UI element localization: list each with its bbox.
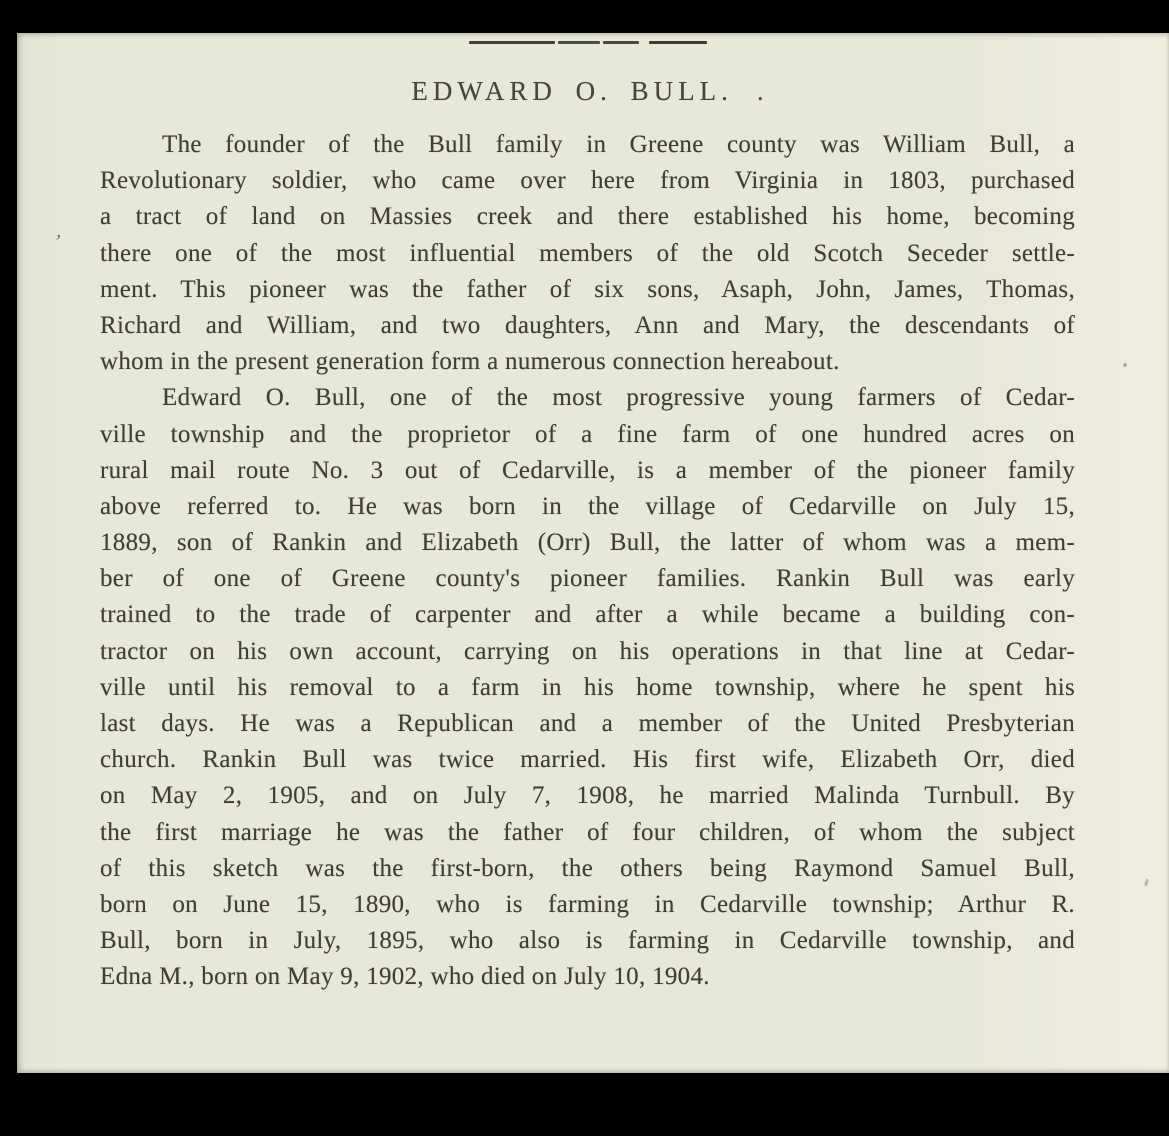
book-page: EDWARD O. BULL.. The founder of the Bull… bbox=[17, 33, 1169, 1073]
rule-segment bbox=[649, 41, 707, 44]
text-line: a tract of land on Massies creek and the… bbox=[100, 199, 1075, 235]
text-line: above referred to. He was born in the vi… bbox=[100, 489, 1075, 525]
text-line: last days. He was a Republican and a mem… bbox=[100, 706, 1075, 742]
text-line: Revolutionary soldier, who came over her… bbox=[100, 163, 1075, 199]
text-line: ville until his removal to a farm in his… bbox=[100, 670, 1075, 706]
paragraph: Edward O. Bull, one of the most progress… bbox=[100, 380, 1075, 995]
stray-period-artifact: . bbox=[757, 76, 764, 106]
rule-segment bbox=[558, 41, 600, 44]
body-text: The founder of the Bull family in Greene… bbox=[100, 127, 1075, 996]
text-line: 1889, son of Rankin and Elizabeth (Orr) … bbox=[100, 525, 1075, 561]
text-line: the first marriage he was the father of … bbox=[100, 815, 1075, 851]
text-line: ment. This pioneer was the father of six… bbox=[100, 272, 1075, 308]
text-line: of this sketch was the first-born, the o… bbox=[100, 851, 1075, 887]
text-line: The founder of the Bull family in Greene… bbox=[100, 127, 1075, 163]
text-line: tractor on his own account, carrying on … bbox=[100, 634, 1075, 670]
scanner-background: { "colors": { "background": "#000000", "… bbox=[0, 0, 1169, 1136]
text-line: there one of the most influential member… bbox=[100, 236, 1075, 272]
rule-segment bbox=[603, 41, 639, 44]
text-line: ville township and the proprietor of a f… bbox=[100, 417, 1075, 453]
page-content: EDWARD O. BULL.. The founder of the Bull… bbox=[17, 33, 1169, 996]
text-line: ber of one of Greene county's pioneer fa… bbox=[100, 561, 1075, 597]
paragraph: The founder of the Bull family in Greene… bbox=[100, 127, 1075, 380]
page-title: EDWARD O. BULL. bbox=[411, 76, 732, 106]
title-row: EDWARD O. BULL.. bbox=[100, 76, 1075, 106]
text-line: Edward O. Bull, one of the most progress… bbox=[100, 380, 1075, 416]
text-line: on May 2, 1905, and on July 7, 1908, he … bbox=[100, 778, 1075, 814]
text-line: Richard and William, and two daughters, … bbox=[100, 308, 1075, 344]
text-line: trained to the trade of carpenter and af… bbox=[100, 597, 1075, 633]
text-line: whom in the present generation form a nu… bbox=[100, 344, 1075, 380]
title-divider-rule bbox=[469, 41, 707, 44]
text-line: rural mail route No. 3 out of Cedarville… bbox=[100, 453, 1075, 489]
text-line: church. Rankin Bull was twice married. H… bbox=[100, 742, 1075, 778]
rule-segment bbox=[469, 41, 555, 44]
text-line: born on June 15, 1890, who is farming in… bbox=[100, 887, 1075, 923]
text-line: Edna M., born on May 9, 1902, who died o… bbox=[100, 959, 1075, 995]
text-line: Bull, born in July, 1895, who also is fa… bbox=[100, 923, 1075, 959]
